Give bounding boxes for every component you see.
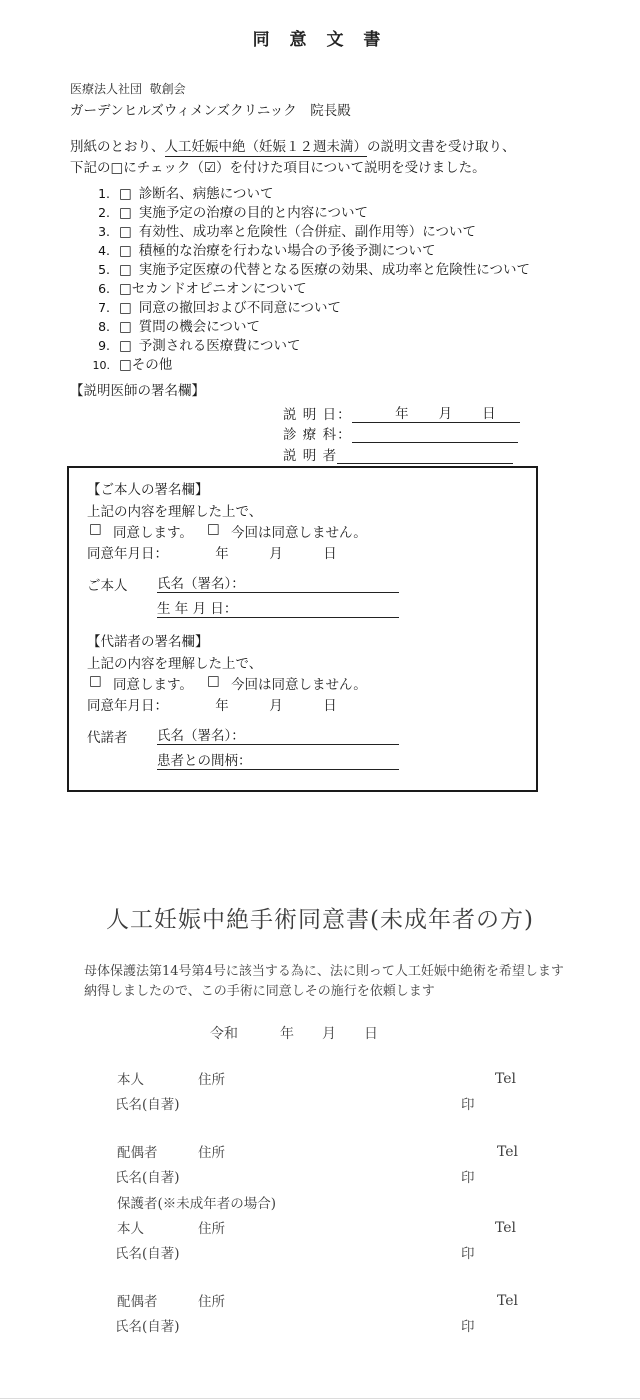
item-number: 7. [84, 300, 110, 315]
block-role-label: 本人 [117, 1072, 144, 1089]
department-row: 診 療 科： [283, 423, 518, 443]
intro-line1: 別紙のとおり、人工妊娠中絶（妊娠１２週未満）の説明文書を受け取り、 [70, 139, 516, 156]
name-signature-line: 氏名（署名）： [157, 572, 399, 593]
legal-statement-line1: 母体保護法第14号第4号に該当する為に、法に則って人工妊娠中絶術を希望します [84, 964, 564, 980]
item-number: 5. [84, 262, 110, 277]
signature-box: 【ご本人の署名欄】 上記の内容を理解した上で、 □ 同意します。 □ 今回は同意… [67, 466, 538, 792]
checkbox-icon: □ [119, 262, 132, 278]
address-label: 住所 [198, 1221, 225, 1238]
checkbox-icon: □ [119, 338, 132, 354]
checkbox-icon: □ [119, 243, 132, 259]
name-label: 氏名(自著) [115, 1319, 180, 1336]
understood-statement: 上記の内容を理解した上で、 [87, 652, 262, 672]
agree-checkbox-icon: □ [89, 673, 102, 689]
item-number: 8. [84, 319, 110, 334]
block-role-label: 配偶者 [117, 1145, 158, 1162]
explain-date-fill-line: 年 月 日 [352, 402, 520, 423]
disagree-checkbox-icon: □ [207, 673, 220, 689]
checklist-row: 2.□実施予定の治療の目的と内容について [84, 201, 368, 221]
explain-date-row: 説 明 日： 年 月 日 [283, 402, 520, 423]
tel-label: Tel [495, 1220, 516, 1238]
department-label: 診 療 科： [283, 427, 352, 443]
proxy-relation-row: 患者との間柄： [157, 749, 399, 770]
person-section-heading: 【ご本人の署名欄】 [87, 478, 209, 498]
intro-underlined-phrase: 人工妊娠中絶（妊娠１２週未満） [165, 139, 368, 157]
explain-date-label: 説 明 日： [283, 407, 352, 423]
consent-date-line: 同意年月日： 年 月 日 [87, 542, 337, 562]
intro-post: の説明文書を受け取り、 [367, 139, 516, 155]
explainer-row: 説 明 者 [283, 444, 513, 464]
checklist-row: 3.□有効性、成功率と危険性（合併症、副作用等）について [84, 220, 476, 240]
consent-date-line: 同意年月日： 年 月 日 [87, 694, 337, 714]
name-label: 氏名(自著) [115, 1246, 180, 1263]
address-label: 住所 [198, 1072, 225, 1089]
agree-label: 同意します。 [113, 521, 193, 541]
org-name: 医療法人社団 敬創会 [70, 82, 186, 97]
checkbox-icon: □ [119, 319, 132, 335]
item-number: 9. [84, 338, 110, 353]
address-label: 住所 [198, 1294, 225, 1311]
disagree-label: 今回は同意しません。 [231, 673, 367, 693]
disagree-label: 今回は同意しません。 [231, 521, 367, 541]
item-number: 6. [84, 281, 110, 296]
item-label: セカンドオピニオンについて [132, 277, 307, 297]
item-label: 実施予定の治療の目的と内容について [139, 201, 368, 221]
name-label: 氏名(自著) [115, 1097, 180, 1114]
legal-statement-line2: 納得しましたので、この手術に同意しその施行を依頼します [84, 984, 435, 1000]
checkbox-icon: □ [119, 205, 132, 221]
agree-checkbox-icon: □ [89, 521, 102, 537]
page2-title: 人工妊娠中絶手術同意書(未成年者の方) [0, 906, 640, 935]
explainer-fill-line [337, 447, 513, 464]
seal-label: 印 [461, 1170, 475, 1187]
proxy-role-label: 代諾者 [87, 726, 128, 746]
item-label: 実施予定医療の代替となる医療の効果、成功率と危険性について [139, 258, 530, 278]
checklist-row: 1.□診断名、病態について [84, 182, 274, 202]
item-number: 4. [84, 243, 110, 258]
checkbox-icon: □ [119, 357, 132, 373]
department-fill-line [352, 426, 518, 443]
checklist-row: 10.□その他 [84, 353, 172, 373]
block-role-label: 本人 [117, 1221, 144, 1238]
item-label: 予測される医療費について [139, 334, 301, 354]
seal-label: 印 [461, 1319, 475, 1336]
proxy-name-row: 氏名（署名）： [157, 724, 399, 745]
proxy-section-heading: 【代諾者の署名欄】 [87, 630, 209, 650]
tel-label: Tel [495, 1071, 516, 1089]
disagree-checkbox-icon: □ [207, 521, 220, 537]
explainer-label: 説 明 者 [283, 448, 337, 464]
person-name-row: 氏名（署名）： [157, 572, 399, 593]
tel-label: Tel [497, 1144, 518, 1162]
tel-label: Tel [497, 1293, 518, 1311]
item-number: 3. [84, 224, 110, 239]
birthdate-line: 生 年 月 日： [157, 597, 399, 618]
item-label: 質問の機会について [139, 315, 260, 335]
checkbox-icon: □ [119, 224, 132, 240]
understood-statement: 上記の内容を理解した上で、 [87, 500, 262, 520]
intro-line2: 下記の□にチェック（☑）を付けた項目について説明を受けました。 [70, 160, 486, 177]
checklist-row: 9.□予測される医療費について [84, 334, 301, 354]
checklist-row: 7.□同意の撤回および不同意について [84, 296, 341, 316]
name-signature-line: 氏名（署名）： [157, 724, 399, 745]
agree-label: 同意します。 [113, 673, 193, 693]
page1-title: 同 意 文 書 [0, 30, 640, 51]
person-role-label: ご本人 [87, 574, 128, 594]
item-label: 診断名、病態について [139, 182, 274, 202]
checkbox-icon: □ [119, 300, 132, 316]
person-birth-row: 生 年 月 日： [157, 597, 399, 618]
checklist-row: 5.□実施予定医療の代替となる医療の効果、成功率と危険性について [84, 258, 530, 278]
checkbox-icon: □ [119, 186, 132, 202]
address-label: 住所 [198, 1145, 225, 1162]
item-label: その他 [132, 353, 173, 373]
checklist-row: 6.□セカンドオピニオンについて [84, 277, 307, 297]
name-label: 氏名(自著) [115, 1170, 180, 1187]
addressee-line: ガーデンヒルズウィメンズクリニック 院長殿 [70, 103, 351, 120]
seal-label: 印 [461, 1097, 475, 1114]
item-number: 10. [84, 359, 110, 372]
consent-document-page: 同 意 文 書 医療法人社団 敬創会 ガーデンヒルズウィメンズクリニック 院長殿… [0, 0, 640, 1400]
relation-line: 患者との間柄： [157, 749, 399, 770]
intro-pre: 別紙のとおり、 [70, 139, 165, 155]
item-label: 積極的な治療を行わない場合の予後予測について [139, 239, 436, 259]
era-date-line: 令和 年 月 日 [210, 1026, 378, 1044]
seal-label: 印 [461, 1246, 475, 1263]
block-role-label: 配偶者 [117, 1294, 158, 1311]
item-number: 1. [84, 186, 110, 201]
guardian-note: 保護者(※未成年者の場合) [117, 1196, 276, 1213]
page-edge-line [0, 1398, 640, 1399]
item-number: 2. [84, 205, 110, 220]
checkbox-icon: □ [119, 281, 132, 297]
item-label: 有効性、成功率と危険性（合併症、副作用等）について [139, 220, 476, 240]
checklist-row: 8.□質問の機会について [84, 315, 260, 335]
checklist-row: 4.□積極的な治療を行わない場合の予後予測について [84, 239, 436, 259]
doctor-section-heading: 【説明医師の署名欄】 [70, 383, 205, 400]
item-label: 同意の撤回および不同意について [139, 296, 341, 316]
